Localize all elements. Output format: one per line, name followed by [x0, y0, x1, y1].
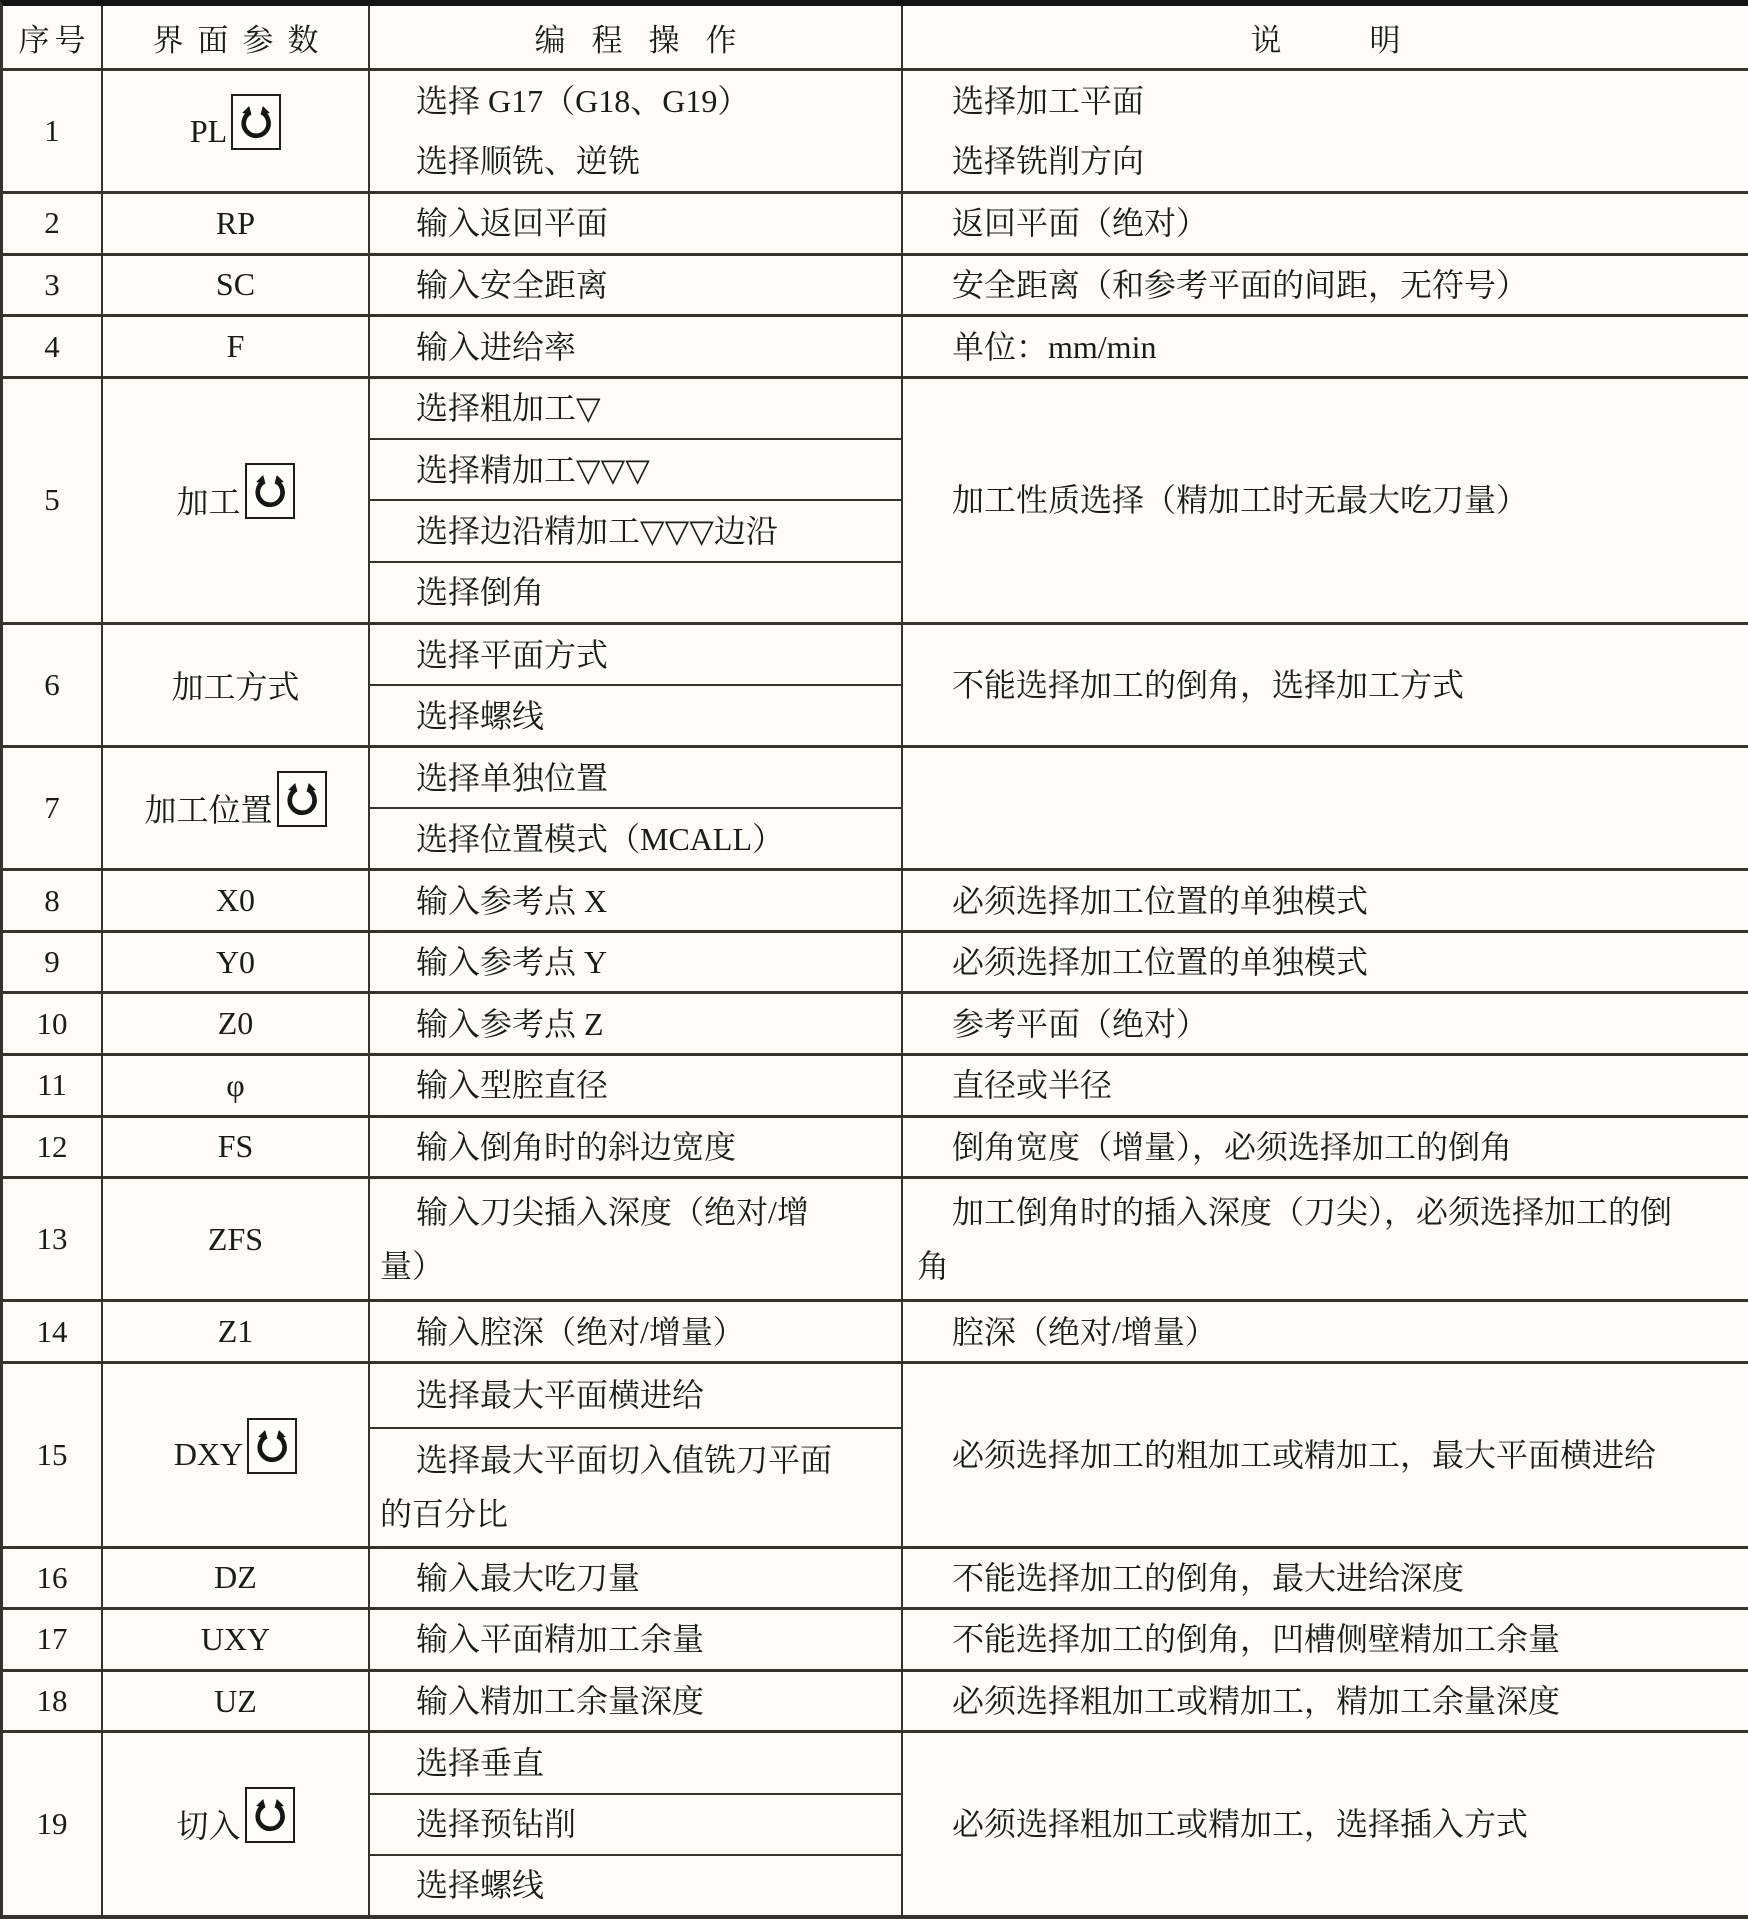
- table-row: 9 Y0 输入参考点 Y 必须选择加工位置的单独模式: [3, 930, 1748, 992]
- row-number: 8: [3, 871, 101, 930]
- param-label: RP: [216, 205, 255, 242]
- param-cell: FS: [101, 1118, 368, 1177]
- row-number: 5: [3, 379, 101, 622]
- row-number: 9: [3, 933, 101, 992]
- operation-text: 输入返回平面: [380, 196, 608, 250]
- operations-cell: 选择单独位置选择位置模式（MCALL）: [368, 748, 901, 868]
- description-cell: 返回平面（绝对）: [901, 194, 1748, 253]
- description-cell: 不能选择加工的倒角，凹槽侧壁精加工余量: [901, 1610, 1748, 1669]
- param-cell: RP: [101, 194, 368, 253]
- operation-text: 选择 G17（G18、G19）: [380, 74, 749, 128]
- description-text: 单位：mm/min: [917, 320, 1156, 374]
- param-label: X0: [216, 882, 255, 919]
- table-row: 2 RP 输入返回平面 返回平面（绝对）: [3, 191, 1748, 253]
- description-text: 选择铣削方向: [917, 134, 1144, 188]
- operations-cell: 输入返回平面: [368, 194, 901, 253]
- operation-text: 选择边沿精加工▽▽▽边沿: [380, 504, 778, 558]
- description-cell: 腔深（绝对/增量）: [901, 1302, 1748, 1361]
- param-cell: 加工: [101, 379, 368, 622]
- operations-cell: 输入参考点 Z: [368, 994, 901, 1053]
- param-label: DXY: [174, 1436, 243, 1473]
- description-text: 安全距离（和参考平面的间距，无符号）: [917, 258, 1528, 312]
- row-number: 11: [3, 1056, 101, 1115]
- description-cell: 加工倒角时的插入深度（刀尖），必须选择加工的倒角: [901, 1179, 1748, 1299]
- description-cell: 必须选择加工位置的单独模式: [901, 871, 1748, 930]
- operation-text: 选择最大平面切入值铣刀平面的百分比: [380, 1433, 837, 1541]
- description-text: 参考平面（绝对）: [917, 997, 1208, 1051]
- operations-cell: 选择垂直选择预钻削选择螺线: [368, 1733, 901, 1915]
- operation-text: 输入参考点 Z: [380, 997, 604, 1051]
- param-cell: SC: [101, 256, 368, 315]
- param-cell: DXY: [101, 1364, 368, 1546]
- table-row: 14 Z1 输入腔深（绝对/增量） 腔深（绝对/增量）: [3, 1299, 1748, 1361]
- description-cell: 加工性质选择（精加工时无最大吃刀量）: [901, 379, 1748, 622]
- header-description: 说明: [901, 6, 1748, 68]
- description-cell: [901, 748, 1748, 868]
- operations-cell: 输入参考点 Y: [368, 933, 901, 992]
- operations-cell: 输入平面精加工余量: [368, 1610, 901, 1669]
- cycle-toggle-icon: [247, 1418, 297, 1474]
- description-text: 必须选择加工位置的单独模式: [917, 874, 1368, 928]
- operation-text: 输入最大吃刀量: [380, 1551, 640, 1605]
- table-header-row: 序号 界面参数 编程操作 说明: [3, 6, 1748, 68]
- operations-cell: 输入腔深（绝对/增量）: [368, 1302, 901, 1361]
- description-text: 不能选择加工的倒角，凹槽侧壁精加工余量: [917, 1612, 1560, 1666]
- operations-cell: 输入安全距离: [368, 256, 901, 315]
- operation-text: 选择预钻削: [380, 1797, 576, 1851]
- operation-text: 选择顺铣、逆铣: [380, 134, 640, 188]
- operations-cell: 选择粗加工▽选择精加工▽▽▽选择边沿精加工▽▽▽边沿选择倒角: [368, 379, 901, 622]
- param-cell: Z0: [101, 994, 368, 1053]
- description-cell: 选择加工平面选择铣削方向: [901, 71, 1748, 191]
- param-label: ZFS: [208, 1221, 263, 1258]
- operation-text: 输入安全距离: [380, 258, 608, 312]
- operation-text: 输入腔深（绝对/增量）: [380, 1305, 745, 1359]
- cycle-toggle-icon: [231, 94, 281, 150]
- table-row: 10 Z0 输入参考点 Z 参考平面（绝对）: [3, 991, 1748, 1053]
- header-seq-no: 序号: [3, 6, 101, 68]
- operations-cell: 输入精加工余量深度: [368, 1672, 901, 1731]
- description-text: 加工性质选择（精加工时无最大吃刀量）: [917, 473, 1528, 527]
- operation-text: 输入倒角时的斜边宽度: [380, 1120, 736, 1174]
- description-text: 直径或半径: [917, 1058, 1112, 1112]
- row-number: 12: [3, 1118, 101, 1177]
- param-cell: 加工位置: [101, 748, 368, 868]
- description-text: 必须选择加工的粗加工或精加工，最大平面横进给: [917, 1428, 1656, 1482]
- row-number: 19: [3, 1733, 101, 1915]
- operations-cell: 输入刀尖插入深度（绝对/增量）: [368, 1179, 901, 1299]
- description-cell: 单位：mm/min: [901, 317, 1748, 376]
- operations-cell: 输入型腔直径: [368, 1056, 901, 1115]
- row-number: 3: [3, 256, 101, 315]
- row-number: 6: [3, 625, 101, 745]
- table-row: 6 加工方式 选择平面方式选择螺线 不能选择加工的倒角，选择加工方式: [3, 622, 1748, 745]
- param-label: PL: [190, 113, 227, 150]
- description-cell: 必须选择粗加工或精加工，选择插入方式: [901, 1733, 1748, 1915]
- table-row: 7 加工位置 选择单独位置选择位置模式（MCALL）: [3, 745, 1748, 868]
- row-number: 2: [3, 194, 101, 253]
- row-number: 14: [3, 1302, 101, 1361]
- description-text: 选择加工平面: [917, 74, 1144, 128]
- description-cell: 直径或半径: [901, 1056, 1748, 1115]
- operation-text: 选择位置模式（MCALL）: [380, 812, 784, 866]
- description-text: 必须选择粗加工或精加工，精加工余量深度: [917, 1674, 1560, 1728]
- description-text: 不能选择加工的倒角，最大进给深度: [917, 1551, 1464, 1605]
- param-label: DZ: [214, 1559, 257, 1596]
- operations-cell: 选择最大平面横进给选择最大平面切入值铣刀平面的百分比: [368, 1364, 901, 1546]
- param-label: 加工方式: [171, 662, 299, 708]
- operation-text: 输入精加工余量深度: [380, 1674, 704, 1728]
- table-row: 13 ZFS 输入刀尖插入深度（绝对/增量） 加工倒角时的插入深度（刀尖），必须…: [3, 1176, 1748, 1299]
- param-label: F: [227, 328, 245, 365]
- param-cell: UXY: [101, 1610, 368, 1669]
- description-cell: 安全距离（和参考平面的间距，无符号）: [901, 256, 1748, 315]
- description-cell: 不能选择加工的倒角，选择加工方式: [901, 625, 1748, 745]
- table-row: 1 PL 选择 G17（G18、G19）选择顺铣、逆铣 选择加工平面选择铣削方向: [3, 68, 1748, 191]
- operation-text: 选择垂直: [380, 1736, 544, 1790]
- operations-cell: 选择 G17（G18、G19）选择顺铣、逆铣: [368, 71, 901, 191]
- operation-text: 选择平面方式: [380, 628, 608, 682]
- operation-text: 选择倒角: [380, 565, 544, 619]
- operation-text: 选择螺线: [380, 689, 544, 743]
- description-text: 腔深（绝对/增量）: [917, 1305, 1217, 1359]
- table-row: 12 FS 输入倒角时的斜边宽度 倒角宽度（增量），必须选择加工的倒角: [3, 1115, 1748, 1177]
- operation-text: 选择螺线: [380, 1858, 544, 1912]
- operations-cell: 输入倒角时的斜边宽度: [368, 1118, 901, 1177]
- header-interface-param: 界面参数: [101, 6, 368, 68]
- description-text: 加工倒角时的插入深度（刀尖），必须选择加工的倒角: [917, 1185, 1702, 1293]
- description-cell: 不能选择加工的倒角，最大进给深度: [901, 1549, 1748, 1608]
- row-number: 13: [3, 1179, 101, 1299]
- param-cell: UZ: [101, 1672, 368, 1731]
- description-cell: 必须选择加工的粗加工或精加工，最大平面横进给: [901, 1364, 1748, 1546]
- param-label: SC: [216, 266, 255, 303]
- cycle-toggle-icon: [277, 771, 327, 827]
- description-cell: 必须选择加工位置的单独模式: [901, 933, 1748, 992]
- row-number: 1: [3, 71, 101, 191]
- operation-text: 选择单独位置: [380, 751, 608, 805]
- row-number: 15: [3, 1364, 101, 1546]
- table-row: 4 F 输入进给率 单位：mm/min: [3, 314, 1748, 376]
- param-cell: 加工方式: [101, 625, 368, 745]
- param-cell: F: [101, 317, 368, 376]
- cycle-toggle-icon: [245, 1787, 295, 1843]
- table-row: 18 UZ 输入精加工余量深度 必须选择粗加工或精加工，精加工余量深度: [3, 1669, 1748, 1731]
- param-label: UZ: [214, 1683, 257, 1720]
- table-row: 3 SC 输入安全距离 安全距离（和参考平面的间距，无符号）: [3, 253, 1748, 315]
- param-label: FS: [218, 1128, 254, 1165]
- param-cell: Y0: [101, 933, 368, 992]
- table-row: 15 DXY 选择最大平面横进给选择最大平面切入值铣刀平面的百分比 必须选择加工…: [3, 1361, 1748, 1546]
- param-cell: ZFS: [101, 1179, 368, 1299]
- operation-text: 输入平面精加工余量: [380, 1612, 704, 1666]
- operation-text: 选择最大平面横进给: [380, 1368, 704, 1422]
- param-cell: Z1: [101, 1302, 368, 1361]
- param-label: 切入: [176, 1801, 240, 1847]
- description-cell: 倒角宽度（增量），必须选择加工的倒角: [901, 1118, 1748, 1177]
- table-row: 5 加工 选择粗加工▽选择精加工▽▽▽选择边沿精加工▽▽▽边沿选择倒角 加工性质…: [3, 376, 1748, 622]
- param-label: 加工: [176, 477, 240, 523]
- param-label: Y0: [216, 944, 255, 981]
- row-number: 16: [3, 1549, 101, 1608]
- row-number: 18: [3, 1672, 101, 1731]
- param-label: UXY: [201, 1621, 270, 1658]
- param-label: Z0: [218, 1005, 254, 1042]
- header-programming-operation: 编程操作: [368, 6, 901, 68]
- table-row: 8 X0 输入参考点 X 必须选择加工位置的单独模式: [3, 868, 1748, 930]
- description-text: 不能选择加工的倒角，选择加工方式: [917, 658, 1464, 712]
- table-row: 16 DZ 输入最大吃刀量 不能选择加工的倒角，最大进给深度: [3, 1546, 1748, 1608]
- table-row: 11 φ 输入型腔直径 直径或半径: [3, 1053, 1748, 1115]
- param-cell: DZ: [101, 1549, 368, 1608]
- operation-text: 输入刀尖插入深度（绝对/增量）: [380, 1185, 837, 1293]
- table-row: 19 切入 选择垂直选择预钻削选择螺线 必须选择粗加工或精加工，选择插入方式: [3, 1730, 1748, 1915]
- param-cell: X0: [101, 871, 368, 930]
- operation-text: 输入参考点 Y: [380, 935, 607, 989]
- row-number: 4: [3, 317, 101, 376]
- param-label: Z1: [218, 1313, 254, 1350]
- operations-cell: 输入进给率: [368, 317, 901, 376]
- operations-cell: 选择平面方式选择螺线: [368, 625, 901, 745]
- row-number: 7: [3, 748, 101, 868]
- table-row: 17 UXY 输入平面精加工余量 不能选择加工的倒角，凹槽侧壁精加工余量: [3, 1607, 1748, 1669]
- operations-cell: 输入最大吃刀量: [368, 1549, 901, 1608]
- param-cell: 切入: [101, 1733, 368, 1915]
- operation-text: 输入进给率: [380, 320, 576, 374]
- param-cell: PL: [101, 71, 368, 191]
- cycle-toggle-icon: [245, 463, 295, 519]
- operation-text: 输入参考点 X: [380, 874, 607, 928]
- description-text: 倒角宽度（增量），必须选择加工的倒角: [917, 1120, 1512, 1174]
- param-label: 加工位置: [144, 785, 272, 831]
- description-text: 必须选择粗加工或精加工，选择插入方式: [917, 1797, 1528, 1851]
- param-label: φ: [226, 1067, 244, 1104]
- description-cell: 必须选择粗加工或精加工，精加工余量深度: [901, 1672, 1748, 1731]
- param-cell: φ: [101, 1056, 368, 1115]
- operation-text: 选择精加工▽▽▽: [380, 443, 650, 497]
- description-cell: 参考平面（绝对）: [901, 994, 1748, 1053]
- description-text: 返回平面（绝对）: [917, 196, 1208, 250]
- operation-text: 选择粗加工▽: [380, 381, 601, 435]
- cycle-parameters-table: 序号 界面参数 编程操作 说明 1 PL 选择 G17（G18、G19）选择顺铣…: [0, 0, 1748, 1919]
- description-text: 必须选择加工位置的单独模式: [917, 935, 1368, 989]
- operations-cell: 输入参考点 X: [368, 871, 901, 930]
- row-number: 10: [3, 994, 101, 1053]
- operation-text: 输入型腔直径: [380, 1058, 608, 1112]
- row-number: 17: [3, 1610, 101, 1669]
